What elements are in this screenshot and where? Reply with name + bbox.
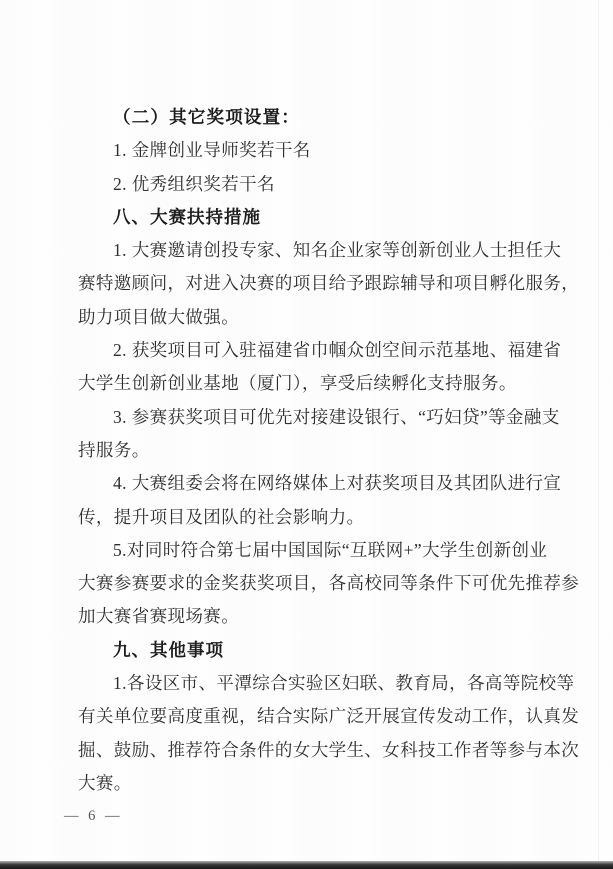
paragraph-line: 传，提升项目及团队的社会影响力。: [78, 501, 543, 534]
page-number: — 6 —: [64, 806, 123, 826]
scan-edge-bar: [0, 861, 613, 869]
document-page: （二）其它奖项设置： 1. 金牌创业导师奖若干名 2. 优秀组织奖若干名 八、大…: [0, 0, 613, 869]
paragraph-line: 有关单位要高度重视，结合实际广泛开展宣传发动工作，认真发: [78, 700, 543, 733]
paragraph-line: 加大赛省赛现场赛。: [78, 600, 543, 633]
section-heading-other-matters: 九、其他事项: [78, 634, 543, 667]
paragraph-line: 掘、鼓励、推荐符合条件的女大学生、女科技工作者等参与本次: [78, 734, 543, 767]
section-heading-support-measures: 八、大赛扶持措施: [78, 201, 543, 234]
paragraph-line: 3. 参赛获奖项目可优先对接建设银行、“巧妇贷”等金融支: [78, 401, 543, 434]
paragraph-line: 持服务。: [78, 434, 543, 467]
paragraph-line: 大赛参赛要求的金奖获奖项目，各高校同等条件下可优先推荐参: [78, 567, 543, 600]
paragraph-line: 大赛。: [78, 767, 543, 800]
paragraph-line: 1.各设区市、平潭综合实验区妇联、教育局，各高等院校等: [78, 667, 543, 700]
paragraph-line: 5.对同时符合第七届中国国际“互联网+”大学生创新创业: [78, 534, 543, 567]
award-item-line: 2. 优秀组织奖若干名: [78, 168, 543, 201]
scan-artifact-vertical-line: [598, 0, 599, 869]
paragraph-line: 4. 大赛组委会将在网络媒体上对获奖项目及其团队进行宣: [78, 467, 543, 500]
paragraph-line: 2. 获奖项目可入驻福建省巾帼众创空间示范基地、福建省: [78, 334, 543, 367]
paragraph-line: 赛特邀顾问，对进入决赛的项目给予跟踪辅导和项目孵化服务，: [78, 267, 543, 300]
paragraph-line: 1. 大赛邀请创投专家、知名企业家等创新创业人士担任大: [78, 234, 543, 267]
section-heading-other-awards: （二）其它奖项设置：: [78, 101, 543, 134]
paragraph-line: 助力项目做大做强。: [78, 301, 543, 334]
award-item-line: 1. 金牌创业导师奖若干名: [78, 134, 543, 167]
document-content: （二）其它奖项设置： 1. 金牌创业导师奖若干名 2. 优秀组织奖若干名 八、大…: [78, 101, 543, 800]
paragraph-line: 大学生创新创业基地（厦门），享受后续孵化支持服务。: [78, 367, 543, 400]
